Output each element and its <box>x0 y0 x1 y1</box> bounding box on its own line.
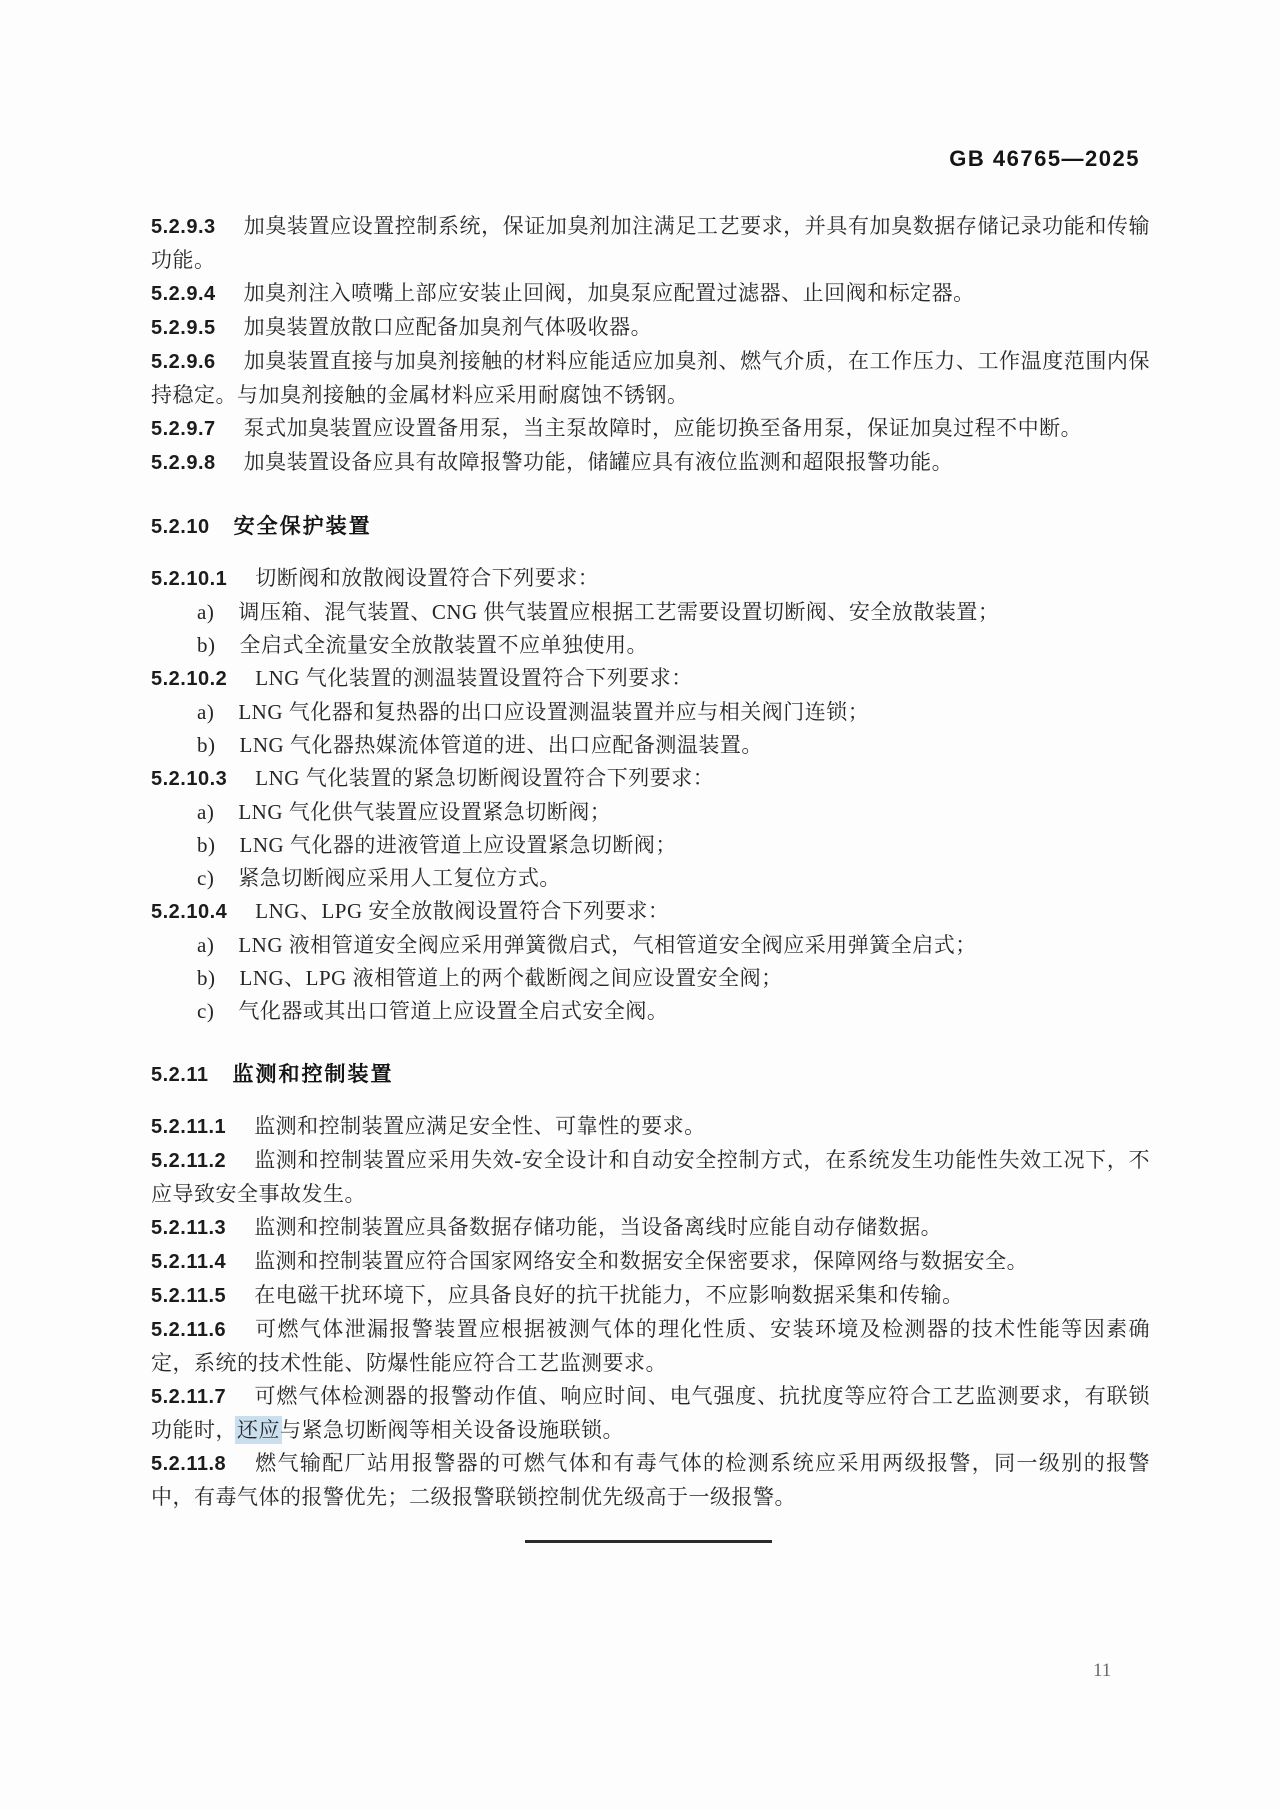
clause: 5.2.11.6可燃气体泄漏报警装置应根据被测气体的理化性质、安装环境及检测器的… <box>151 1313 1150 1380</box>
clause-text: LNG 气化装置的测温装置设置符合下列要求： <box>255 666 692 690</box>
clause-text: 泵式加臭装置应设置备用泵，当主泵故障时，应能切换至备用泵，保证加臭过程不中断。 <box>244 416 1083 440</box>
section-number: 5.2.10 <box>151 516 210 538</box>
list-item-label: c) <box>197 866 214 890</box>
list-item-label: b) <box>197 966 216 990</box>
list-item: a)调压箱、混气装置、CNG 供气装置应根据工艺需要设置切断阀、安全放散装置； <box>151 596 1150 629</box>
list-item: b)全启式全流量安全放散装置不应单独使用。 <box>151 629 1150 662</box>
clause: 5.2.10.4LNG、LPG 安全放散阀设置符合下列要求： <box>151 895 1150 929</box>
clause: 5.2.11.5在电磁干扰环境下，应具备良好的抗干扰能力，不应影响数据采集和传输… <box>151 1279 1150 1313</box>
section-heading: 5.2.10安全保护装置 <box>151 510 1150 544</box>
clause-number: 5.2.10.4 <box>151 901 227 923</box>
list-item: a)LNG 液相管道安全阀应采用弹簧微启式，气相管道安全阀应采用弹簧全启式； <box>151 929 1150 962</box>
clause: 5.2.11.7可燃气体检测器的报警动作值、响应时间、电气强度、抗扰度等应符合工… <box>151 1380 1150 1447</box>
list-item: c)紧急切断阀应采用人工复位方式。 <box>151 862 1150 895</box>
list-item-label: b) <box>197 733 216 757</box>
list-item-text: 调压箱、混气装置、CNG 供气装置应根据工艺需要设置切断阀、安全放散装置； <box>238 600 999 624</box>
section-title: 监测和控制装置 <box>233 1063 394 1086</box>
clause-text: 与紧急切断阀等相关设备设施联锁。 <box>280 1418 624 1442</box>
clause-number: 5.2.11.5 <box>151 1285 226 1307</box>
clause-text: 加臭装置直接与加臭剂接触的材料应能适应加臭剂、燃气介质，在工作压力、工作温度范围… <box>151 349 1150 407</box>
list-item-text: LNG 气化器热媒流体管道的进、出口应配备测温装置。 <box>240 733 763 757</box>
list-item-text: LNG 气化供气装置应设置紧急切断阀； <box>238 800 611 824</box>
clause: 5.2.9.5加臭装置放散口应配备加臭剂气体吸收器。 <box>151 311 1150 345</box>
list-item-text: LNG 气化器的进液管道上应设置紧急切断阀； <box>240 833 677 857</box>
list-item-text: LNG 气化器和复热器的出口应设置测温装置并应与相关阀门连锁； <box>238 700 869 724</box>
list-item-text: LNG 液相管道安全阀应采用弹簧微启式，气相管道安全阀应采用弹簧全启式； <box>238 933 976 957</box>
clause: 5.2.11.2监测和控制装置应采用失效-安全设计和自动安全控制方式，在系统发生… <box>151 1144 1150 1211</box>
page-number: 11 <box>1093 1660 1111 1682</box>
clause: 5.2.9.6加臭装置直接与加臭剂接触的材料应能适应加臭剂、燃气介质，在工作压力… <box>151 345 1150 412</box>
clause-number: 5.2.9.7 <box>151 418 216 440</box>
clause: 5.2.11.3监测和控制装置应具备数据存储功能，当设备离线时应能自动存储数据。 <box>151 1211 1150 1245</box>
list-item-label: b) <box>197 633 216 657</box>
clause: 5.2.9.3加臭装置应设置控制系统，保证加臭剂加注满足工艺要求，并具有加臭数据… <box>151 210 1150 277</box>
clause-number: 5.2.10.2 <box>151 668 227 690</box>
clause: 5.2.9.8加臭装置设备应具有故障报警功能，储罐应具有液位监测和超限报警功能。 <box>151 446 1150 480</box>
clause-text: LNG 气化装置的紧急切断阀设置符合下列要求： <box>255 766 714 790</box>
clause-number: 5.2.9.5 <box>151 317 216 339</box>
document-body: 5.2.9.3加臭装置应设置控制系统，保证加臭剂加注满足工艺要求，并具有加臭数据… <box>151 210 1150 1514</box>
list-item-label: a) <box>197 700 214 724</box>
list-item-text: 全启式全流量安全放散装置不应单独使用。 <box>240 633 649 657</box>
clause-text: 加臭装置放散口应配备加臭剂气体吸收器。 <box>244 315 653 339</box>
list-item-text: 气化器或其出口管道上应设置全启式安全阀。 <box>238 999 668 1023</box>
clause-number: 5.2.9.6 <box>151 351 216 373</box>
clause-number: 5.2.11.3 <box>151 1217 226 1239</box>
section-title: 安全保护装置 <box>234 515 372 538</box>
clause-text: 在电磁干扰环境下，应具备良好的抗干扰能力，不应影响数据采集和传输。 <box>254 1283 964 1307</box>
clause-number: 5.2.11.6 <box>151 1319 226 1341</box>
clause: 5.2.10.1切断阀和放散阀设置符合下列要求： <box>151 562 1150 596</box>
list-item: a)LNG 气化供气装置应设置紧急切断阀； <box>151 796 1150 829</box>
list-item-text: LNG、LPG 液相管道上的两个截断阀之间应设置安全阀； <box>240 966 783 990</box>
clause-text: 燃气输配厂站用报警器的可燃气体和有毒气体的检测系统应采用两级报警，同一级别的报警… <box>151 1451 1150 1509</box>
clause-number: 5.2.9.4 <box>151 283 216 305</box>
list-item-label: b) <box>197 833 216 857</box>
clause: 5.2.11.4监测和控制装置应符合国家网络安全和数据安全保密要求，保障网络与数… <box>151 1245 1150 1279</box>
clause-text: 监测和控制装置应采用失效-安全设计和自动安全控制方式，在系统发生功能性失效工况下… <box>151 1148 1150 1206</box>
clause-number: 5.2.11.4 <box>151 1251 226 1273</box>
section-heading: 5.2.11监测和控制装置 <box>151 1058 1150 1092</box>
clause-text: 加臭装置设备应具有故障报警功能，储罐应具有液位监测和超限报警功能。 <box>244 450 954 474</box>
clause: 5.2.9.7泵式加臭装置应设置备用泵，当主泵故障时，应能切换至备用泵，保证加臭… <box>151 412 1150 446</box>
clause-text: 切断阀和放散阀设置符合下列要求： <box>255 566 599 590</box>
clause-number: 5.2.11.8 <box>151 1453 226 1475</box>
clause-number: 5.2.9.8 <box>151 452 216 474</box>
clause-text: 监测和控制装置应具备数据存储功能，当设备离线时应能自动存储数据。 <box>254 1215 942 1239</box>
clause-number: 5.2.10.3 <box>151 768 227 790</box>
list-item-label: a) <box>197 933 214 957</box>
doc-number: GB 46765—2025 <box>949 146 1140 172</box>
clause: 5.2.11.1监测和控制装置应满足安全性、可靠性的要求。 <box>151 1110 1150 1144</box>
list-item: b)LNG、LPG 液相管道上的两个截断阀之间应设置安全阀； <box>151 962 1150 995</box>
clause-number: 5.2.11.1 <box>151 1116 226 1138</box>
watermark-highlight: 还应 <box>237 1418 280 1442</box>
list-item-label: a) <box>197 600 214 624</box>
list-item-text: 紧急切断阀应采用人工复位方式。 <box>238 866 561 890</box>
clause-number: 5.2.11.7 <box>151 1386 226 1408</box>
clause-text: 可燃气体泄漏报警装置应根据被测气体的理化性质、安装环境及检测器的技术性能等因素确… <box>151 1317 1150 1375</box>
clause: 5.2.9.4加臭剂注入喷嘴上部应安装止回阀，加臭泵应配置过滤器、止回阀和标定器… <box>151 277 1150 311</box>
list-item: b)LNG 气化器热媒流体管道的进、出口应配备测温装置。 <box>151 729 1150 762</box>
clause: 5.2.10.3LNG 气化装置的紧急切断阀设置符合下列要求： <box>151 762 1150 796</box>
clause: 5.2.11.8燃气输配厂站用报警器的可燃气体和有毒气体的检测系统应采用两级报警… <box>151 1447 1150 1514</box>
end-of-document-divider <box>525 1540 772 1543</box>
clause-text: 加臭装置应设置控制系统，保证加臭剂加注满足工艺要求，并具有加臭数据存储记录功能和… <box>151 214 1150 272</box>
list-item-label: c) <box>197 999 214 1023</box>
document-page: GB 46765—2025 5.2.9.3加臭装置应设置控制系统，保证加臭剂加注… <box>0 0 1280 1810</box>
list-item-label: a) <box>197 800 214 824</box>
clause-text: 监测和控制装置应满足安全性、可靠性的要求。 <box>254 1114 706 1138</box>
clause-number: 5.2.9.3 <box>151 216 216 238</box>
list-item: b)LNG 气化器的进液管道上应设置紧急切断阀； <box>151 829 1150 862</box>
clause-text: 监测和控制装置应符合国家网络安全和数据安全保密要求，保障网络与数据安全。 <box>254 1249 1028 1273</box>
clause-text: LNG、LPG 安全放散阀设置符合下列要求： <box>255 899 669 923</box>
clause-text: 加臭剂注入喷嘴上部应安装止回阀，加臭泵应配置过滤器、止回阀和标定器。 <box>244 281 975 305</box>
clause: 5.2.10.2LNG 气化装置的测温装置设置符合下列要求： <box>151 662 1150 696</box>
list-item: c)气化器或其出口管道上应设置全启式安全阀。 <box>151 995 1150 1028</box>
clause-number: 5.2.10.1 <box>151 568 227 590</box>
clause-number: 5.2.11.2 <box>151 1150 226 1172</box>
section-number: 5.2.11 <box>151 1064 209 1086</box>
list-item: a)LNG 气化器和复热器的出口应设置测温装置并应与相关阀门连锁； <box>151 696 1150 729</box>
